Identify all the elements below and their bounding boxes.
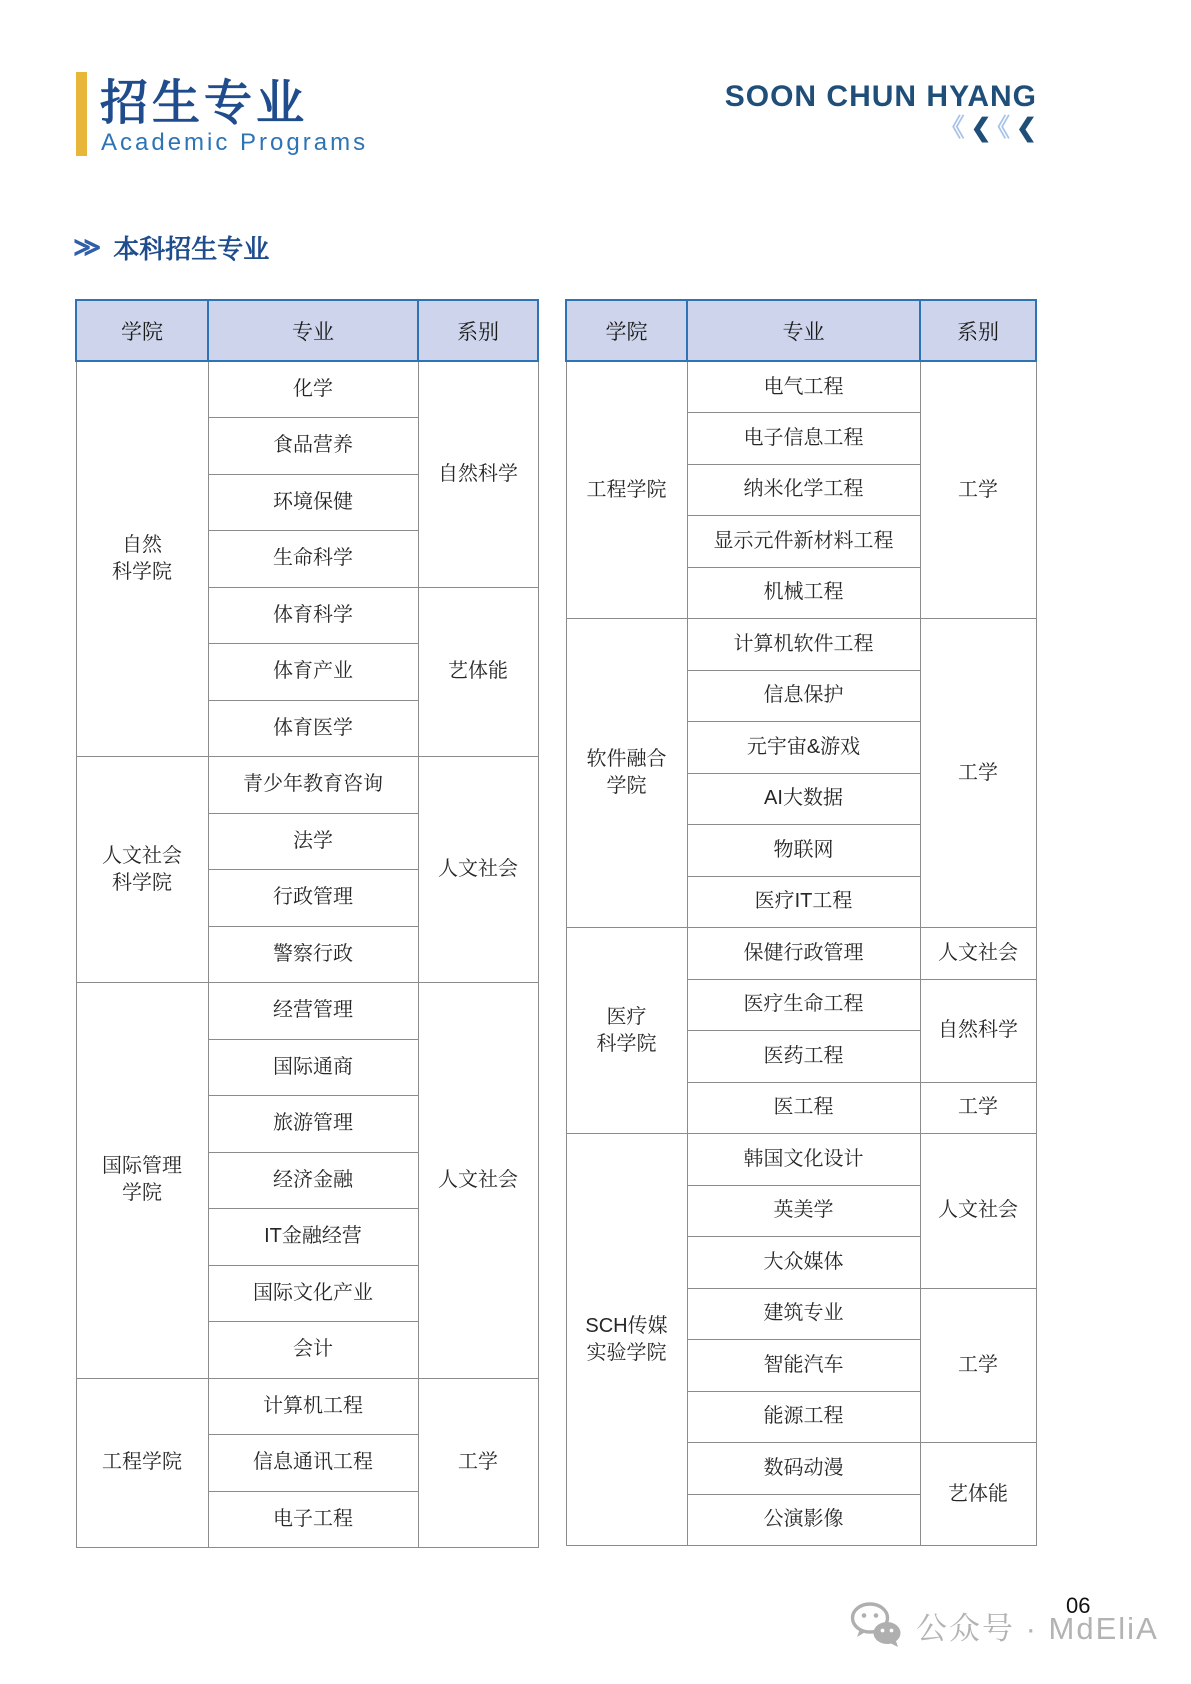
major-cell: AI大数据 [687,773,920,825]
field-cell: 艺体能 [418,587,538,757]
major-cell: 化学 [208,361,418,418]
double-chevron-outline-icon: 《 [940,114,965,142]
field-cell: 人文社会 [418,983,538,1379]
major-cell: 计算机工程 [208,1378,418,1435]
table-row: 工程学院电气工程工学 [566,361,1036,413]
major-cell: 电子信息工程 [687,413,920,465]
major-cell: 韩国文化设计 [687,1134,920,1186]
field-cell: 工学 [418,1378,538,1548]
major-cell: 警察行政 [208,926,418,983]
table-row: SCH传媒实验学院韩国文化设计人文社会 [566,1134,1036,1186]
field-cell: 自然科学 [920,979,1036,1082]
major-cell: 数码动漫 [687,1443,920,1495]
major-cell: 能源工程 [687,1391,920,1443]
major-cell: 国际文化产业 [208,1265,418,1322]
page-subtitle: Academic Programs [101,129,368,157]
major-cell: 经营管理 [208,983,418,1040]
major-cell: 会计 [208,1322,418,1379]
college-cell: 国际管理学院 [76,983,208,1379]
major-cell: 行政管理 [208,870,418,927]
major-cell: 电气工程 [687,361,920,413]
major-cell: 大众媒体 [687,1237,920,1289]
table-row: 工程学院计算机工程工学 [76,1378,538,1435]
major-cell: 计算机软件工程 [687,619,920,671]
chevron-decoration: 《❮《❮ [560,113,1037,143]
section-title-label: 本科招生专业 [113,229,269,266]
major-cell: 显示元件新材料工程 [687,516,920,568]
table-row: 软件融合学院计算机软件工程工学 [566,619,1036,671]
field-cell: 工学 [920,1288,1036,1443]
major-cell: 英美学 [687,1185,920,1237]
column-header-2: 专业 [208,300,418,361]
major-cell: 信息保护 [687,670,920,722]
major-cell: 元宇宙&游戏 [687,722,920,774]
major-cell: 生命科学 [208,531,418,588]
college-cell: 工程学院 [76,1378,208,1548]
major-cell: 国际通商 [208,1039,418,1096]
brochure-page: 招生专业 Academic Programs SOON CHUN HYANG 《… [0,0,1191,1684]
college-cell: SCH传媒实验学院 [566,1134,687,1546]
field-cell: 艺体能 [920,1443,1036,1546]
column-header-3: 系别 [418,300,538,361]
column-header-2: 专业 [687,300,920,361]
major-cell: 智能汽车 [687,1340,920,1392]
page-title: 招生专业 [100,64,308,133]
table-row: 自然科学院化学自然科学 [76,361,538,418]
double-chevron-outline-icon: 《 [998,114,1011,142]
major-cell: 环境保健 [208,474,418,531]
college-cell: 自然科学院 [76,361,208,757]
field-cell: 工学 [920,619,1036,928]
accent-bar [76,72,87,156]
major-cell: 食品营养 [208,418,418,475]
major-cell: 法学 [208,813,418,870]
major-cell: 物联网 [687,825,920,877]
chevron-solid-icon: ❮ [1016,114,1037,142]
field-cell: 人文社会 [418,757,538,983]
table-row: 国际管理学院经营管理人文社会 [76,983,538,1040]
watermark: 公众号 · MdEliA [850,1602,1159,1648]
major-cell: 信息通讯工程 [208,1435,418,1492]
field-cell: 自然科学 [418,361,538,587]
major-cell: 体育医学 [208,700,418,757]
double-chevron-icon: ≫ [73,232,101,263]
major-cell: 青少年教育咨询 [208,757,418,814]
section-title: ≫ 本科招生专业 [73,229,269,266]
watermark-text: 公众号 · MdEliA [916,1603,1159,1648]
major-cell: IT金融经营 [208,1209,418,1266]
major-cell: 旅游管理 [208,1096,418,1153]
major-cell: 医药工程 [687,1031,920,1083]
major-cell: 纳米化学工程 [687,464,920,516]
field-cell: 工学 [920,361,1036,619]
chevron-solid-icon: ❮ [971,114,992,142]
field-cell: 人文社会 [920,928,1036,980]
major-cell: 机械工程 [687,567,920,619]
college-cell: 人文社会科学院 [76,757,208,983]
major-cell: 体育产业 [208,644,418,701]
programs-table-left: 学院专业系别自然科学院化学自然科学食品营养环境保健生命科学体育科学艺体能体育产业… [75,299,539,1548]
major-cell: 体育科学 [208,587,418,644]
programs-table-right: 学院专业系别工程学院电气工程工学电子信息工程纳米化学工程显示元件新材料工程机械工… [565,299,1037,1546]
wechat-icon [850,1602,904,1648]
major-cell: 医疗IT工程 [687,876,920,928]
major-cell: 保健行政管理 [687,928,920,980]
college-cell: 工程学院 [566,361,687,619]
major-cell: 电子工程 [208,1491,418,1548]
column-header-1: 学院 [566,300,687,361]
brand-name: SOON CHUN HYANG [560,80,1037,114]
major-cell: 医疗生命工程 [687,979,920,1031]
major-cell: 医工程 [687,1082,920,1134]
major-cell: 建筑专业 [687,1288,920,1340]
table-row: 医疗科学院保健行政管理人文社会 [566,928,1036,980]
table-row: 人文社会科学院青少年教育咨询人文社会 [76,757,538,814]
field-cell: 人文社会 [920,1134,1036,1289]
column-header-1: 学院 [76,300,208,361]
field-cell: 工学 [920,1082,1036,1134]
column-header-3: 系别 [920,300,1036,361]
college-cell: 软件融合学院 [566,619,687,928]
major-cell: 公演影像 [687,1494,920,1546]
college-cell: 医疗科学院 [566,928,687,1134]
major-cell: 经济金融 [208,1152,418,1209]
